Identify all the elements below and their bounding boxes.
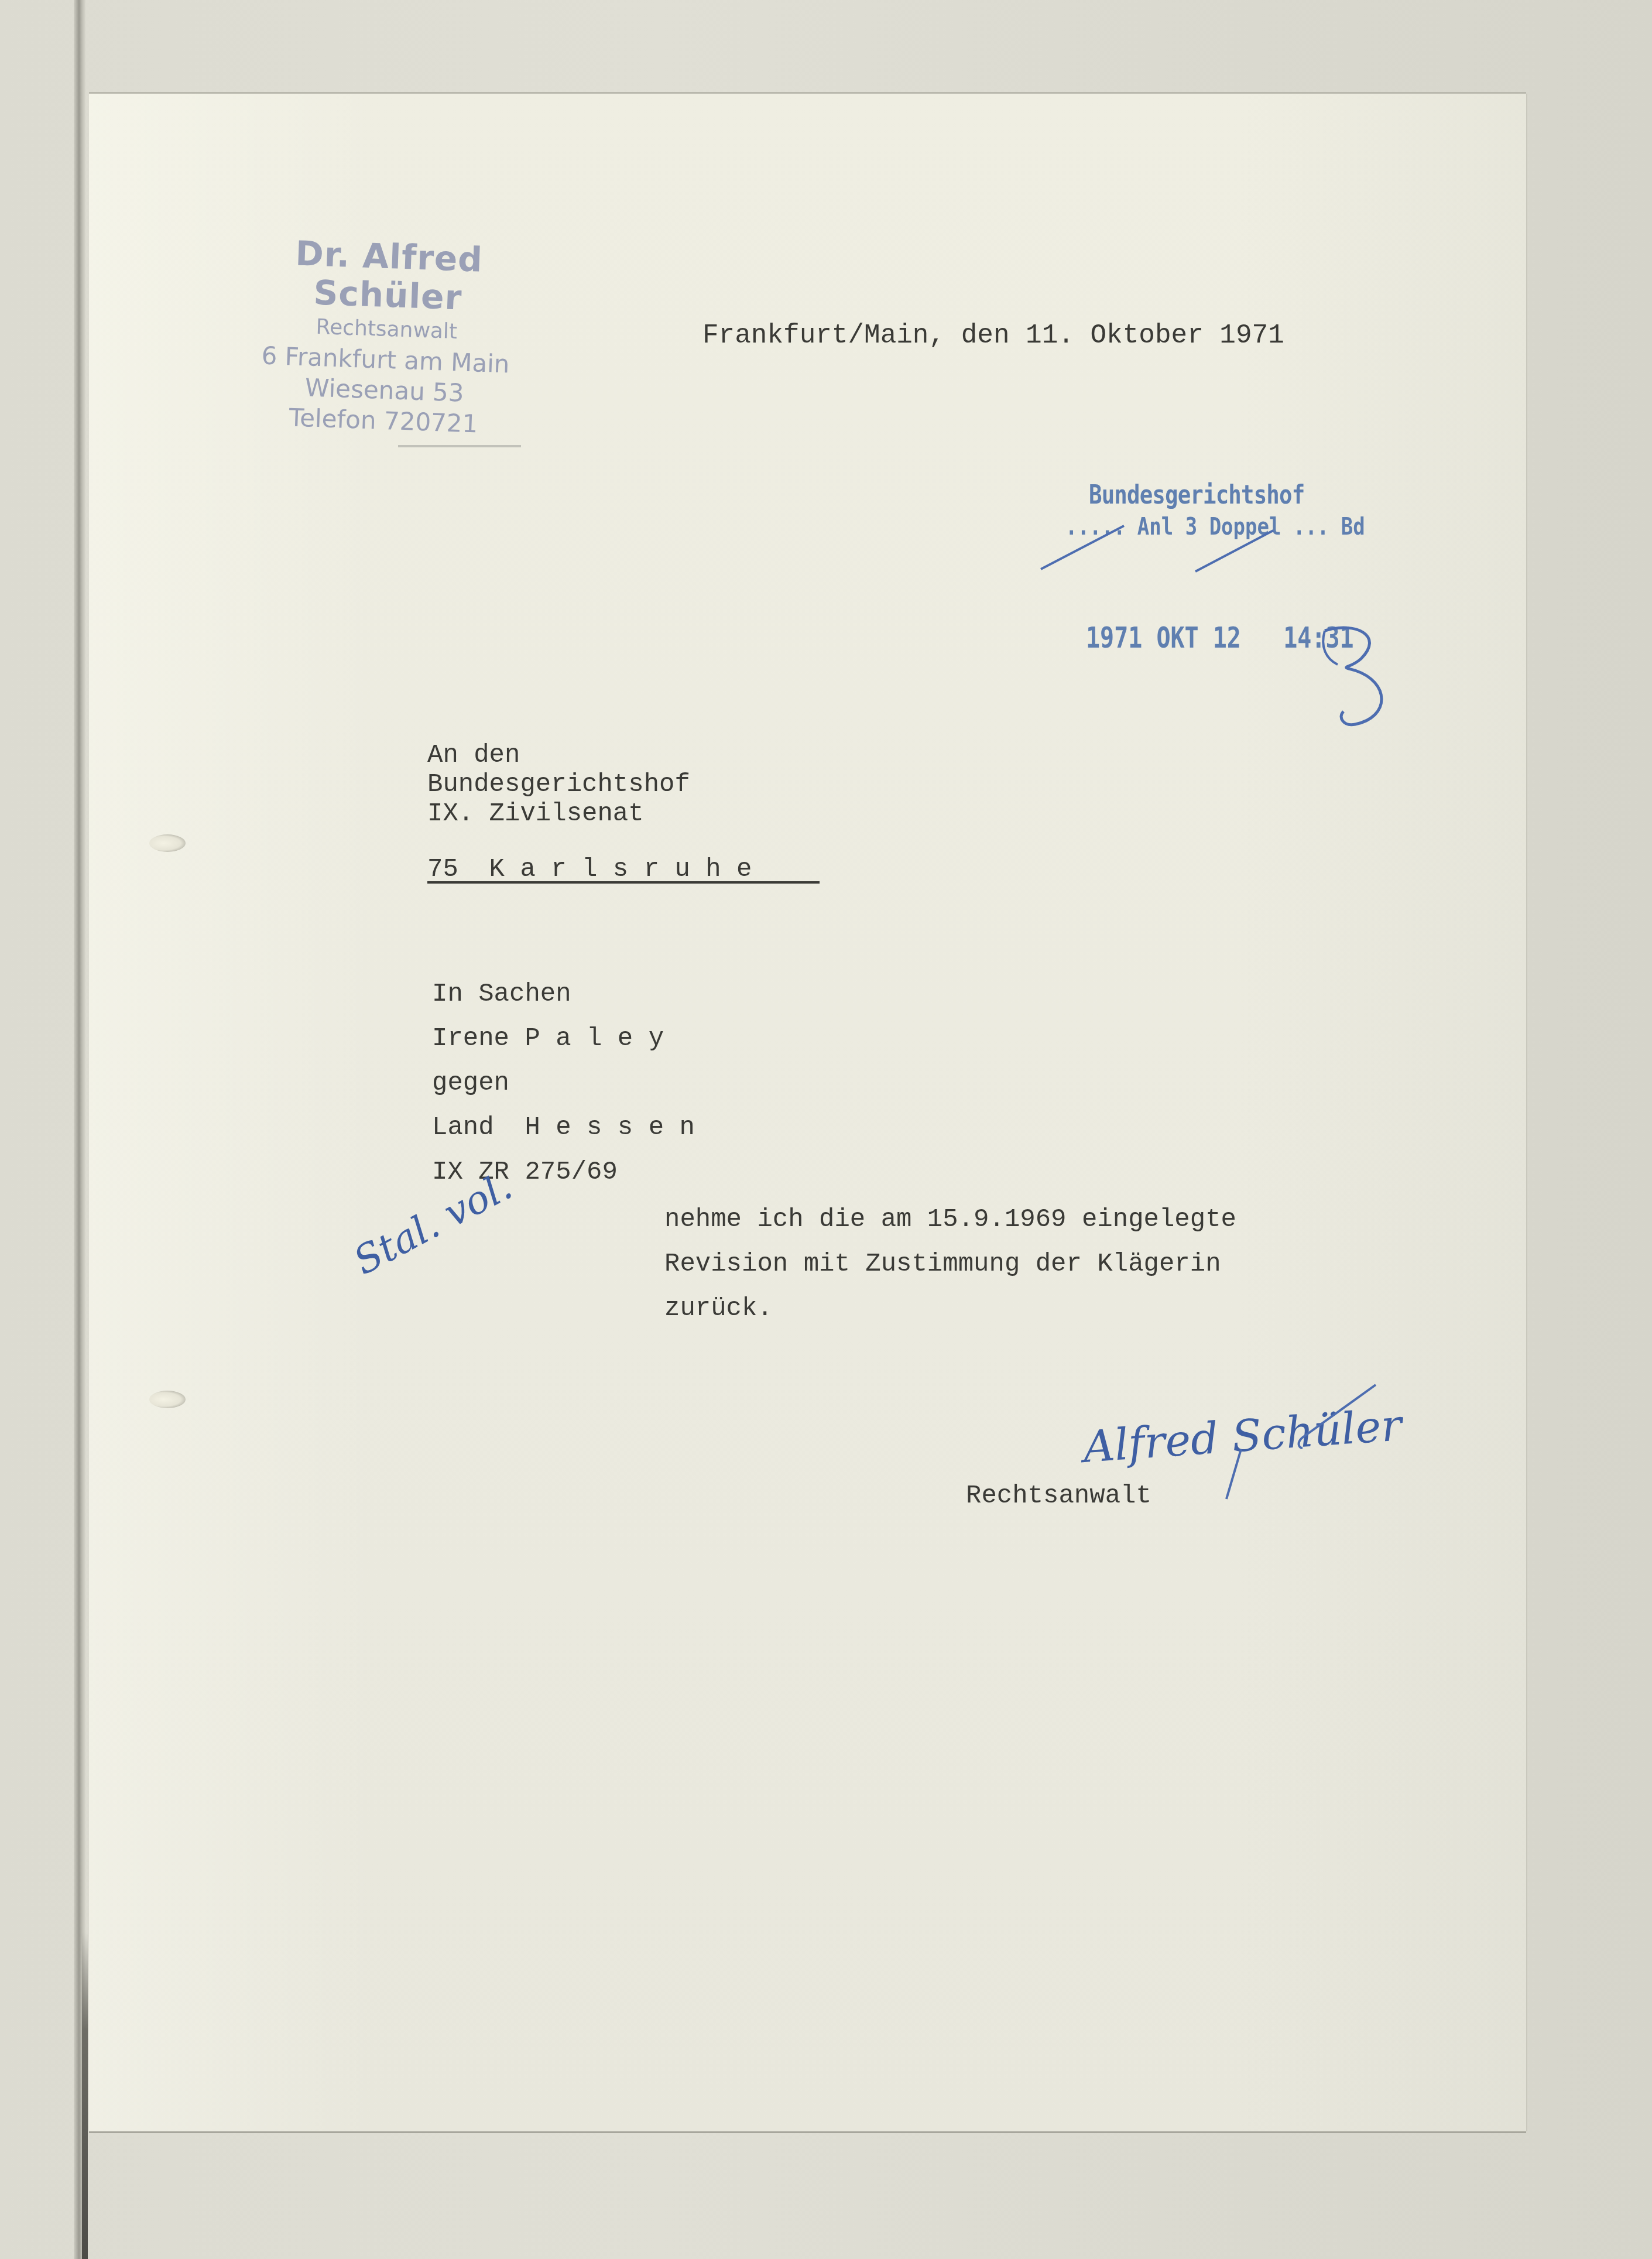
case-block: In Sachen Irene P a l e y gegen Land H e…	[432, 972, 695, 1194]
body-line-2: Revision mit Zustimmung der Klägerin	[664, 1242, 1236, 1286]
recipient-senate: IX. Zivilsenat	[427, 799, 644, 829]
case-versus: gegen	[432, 1061, 695, 1105]
stamp-court-name: Bundesgerichtshof	[1089, 480, 1369, 510]
plastic-sleeve-edge	[74, 0, 85, 2259]
lawyer-name: Dr. Alfred Schüler	[223, 231, 553, 320]
case-plaintiff: Irene P a l e y	[432, 1016, 695, 1061]
recipient-court: Bundesgerichtshof	[427, 770, 690, 799]
signer-title: Rechtsanwalt	[966, 1481, 1151, 1511]
body-line-3: zurück.	[664, 1286, 1236, 1331]
case-intro: In Sachen	[432, 972, 695, 1016]
city-underline	[427, 881, 820, 884]
sleeve-shadow	[82, 1932, 88, 2259]
letter-date: Frankfurt/Main, den 11. Oktober 1971	[702, 321, 1284, 350]
punch-hole-bottom	[149, 1391, 186, 1408]
received-timestamp: 1971 OKT 12 14:31	[1086, 621, 1354, 655]
letterhead-stamp: Dr. Alfred Schüler Rechtsanwalt 6 Frankf…	[219, 231, 554, 441]
stamp-strikethrough-icon	[1036, 515, 1341, 580]
letterhead-rule	[398, 445, 521, 447]
body-line-1: nehme ich die am 15.9.1969 eingelegte	[664, 1197, 1236, 1242]
case-defendant: Land H e s s e n	[432, 1105, 695, 1150]
recipient-line-1: An den	[427, 741, 520, 770]
signature-flourish-icon	[1194, 1379, 1382, 1502]
recipient-city: 75 K a r l s r u h e	[427, 855, 752, 884]
handwritten-three-icon	[1320, 624, 1414, 729]
punch-hole-top	[149, 834, 186, 852]
letter-body: nehme ich die am 15.9.1969 eingelegte Re…	[664, 1197, 1236, 1331]
recipient-address: An den Bundesgerichtshof IX. Zivilsenat	[427, 741, 690, 829]
